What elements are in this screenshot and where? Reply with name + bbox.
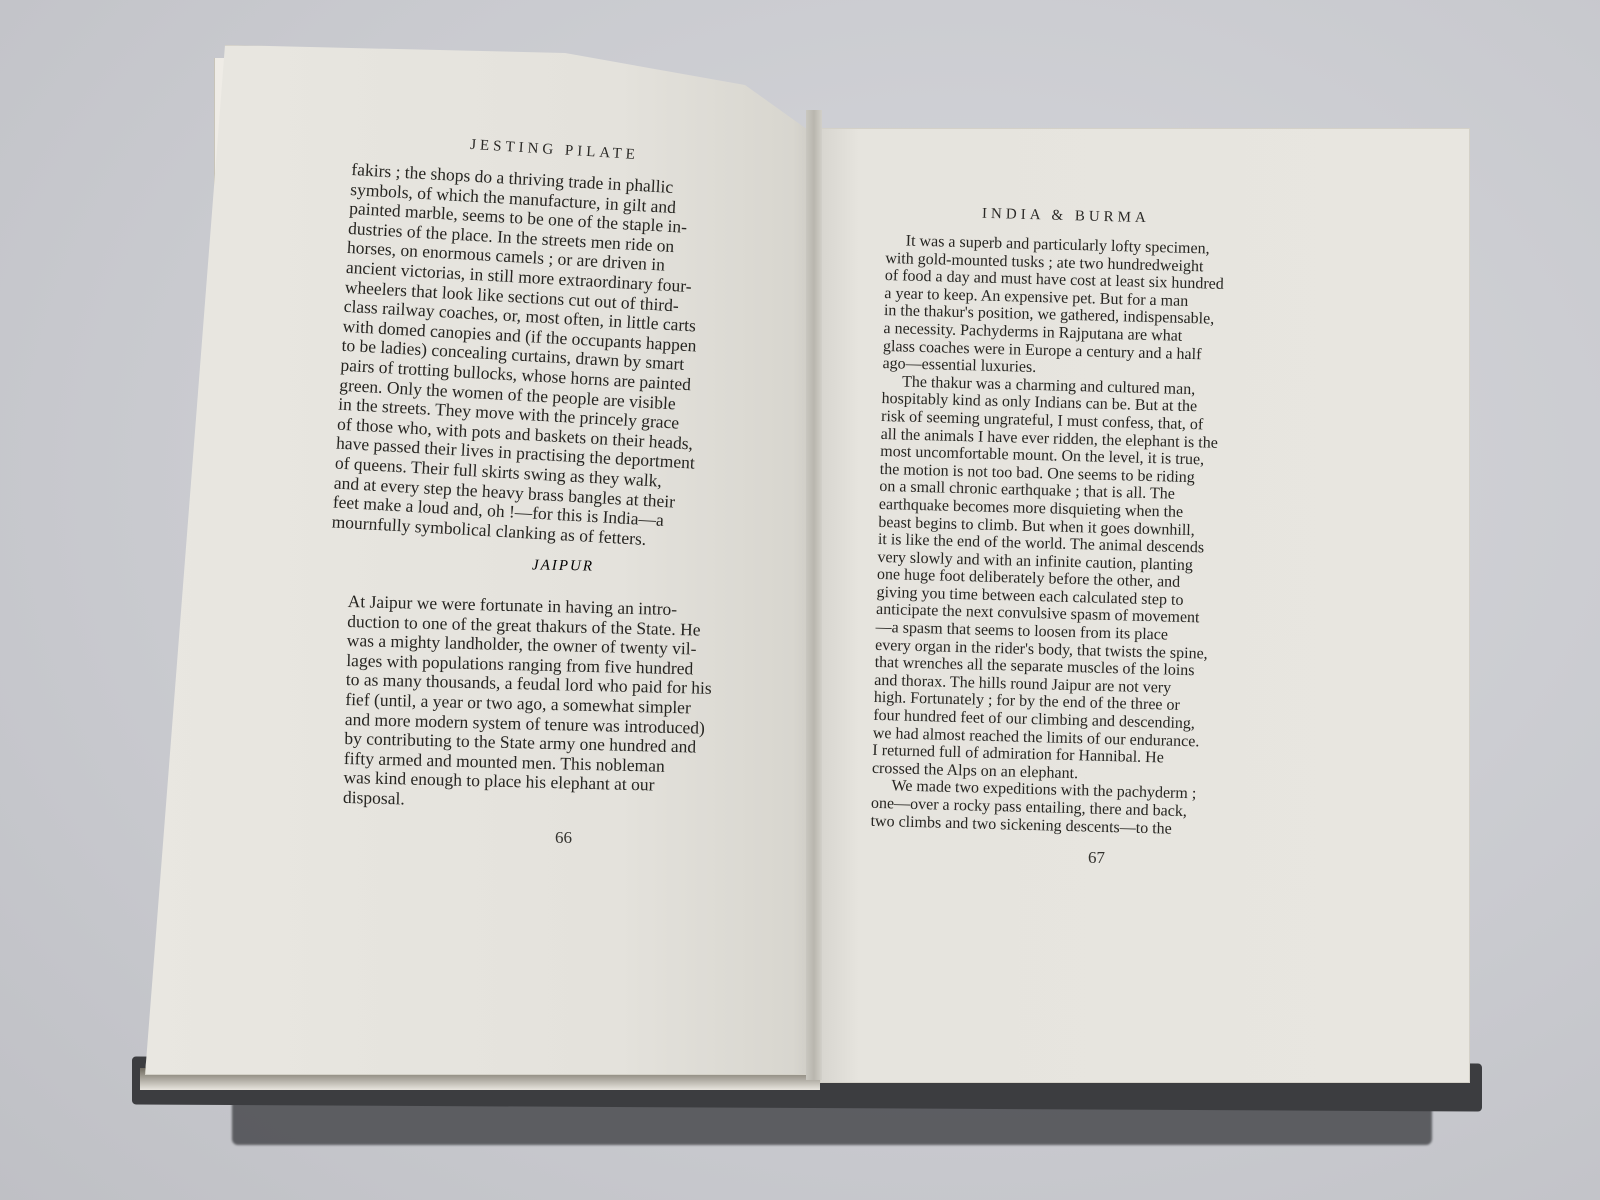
left-paragraph: fakirs ; the shops do a thriving trade i… (331, 160, 710, 552)
left-page-number: 66 (555, 828, 572, 848)
book-gutter (806, 110, 822, 1080)
jaipur-paragraph: At Jaipur we were fortunate in having an… (343, 592, 714, 816)
right-text: It was a superb and particularly lofty s… (870, 232, 1225, 839)
right-page-number: 67 (1088, 848, 1105, 868)
section-title-jaipur: JAIPUR (532, 557, 594, 575)
